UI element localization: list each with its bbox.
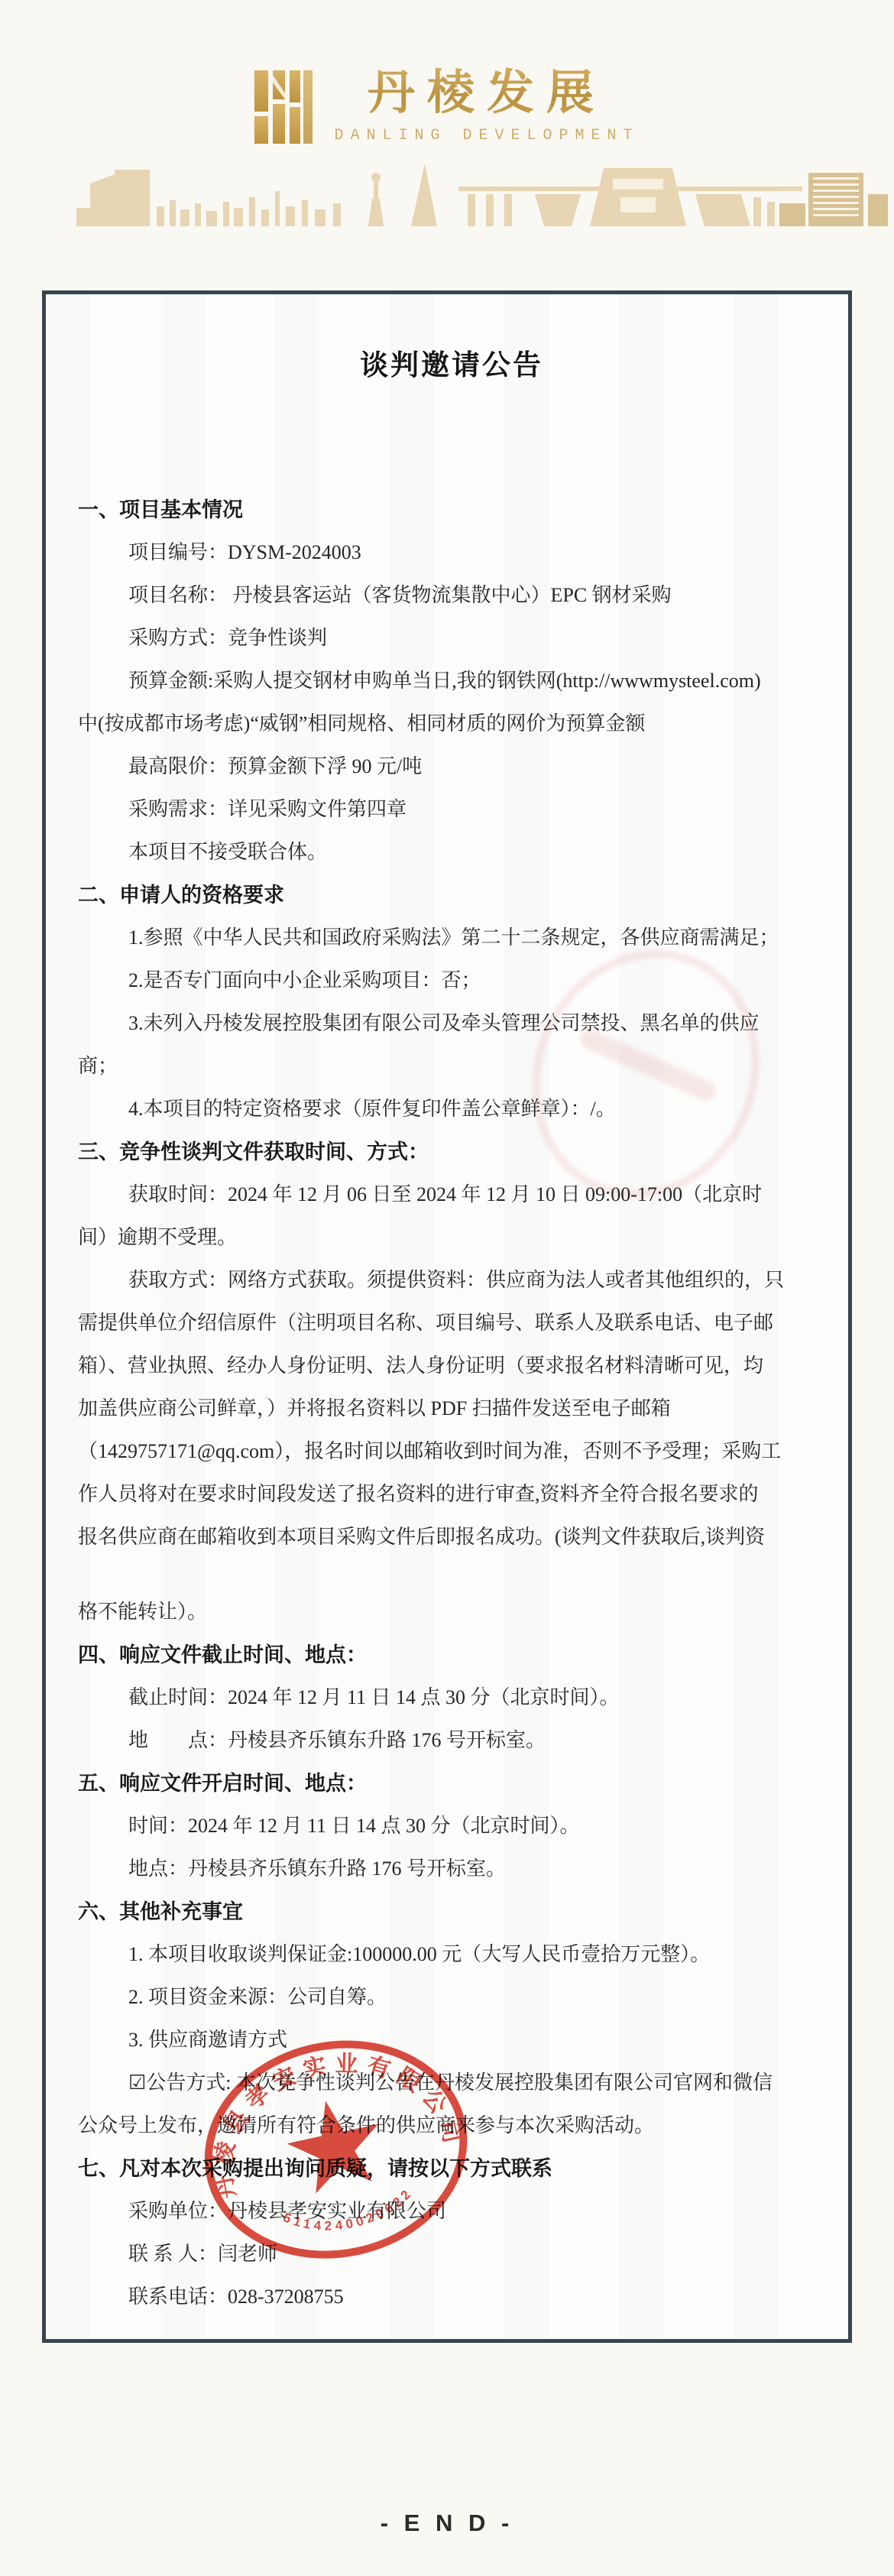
- doc-line: 地 点：丹棱县齐乐镇东升路 176 号开标室。: [78, 1719, 825, 1762]
- brand-text-block: 丹棱发展 DANLING DEVELOPMENT: [334, 67, 639, 144]
- doc-line: 商；: [78, 1045, 825, 1088]
- doc-line: 2. 项目资金来源：公司自筹。: [78, 1976, 825, 2019]
- section-heading: 七、凡对本次采购提出询问质疑，请按以下方式联系: [78, 2147, 825, 2190]
- doc-line: 1. 本项目收取谈判保证金:100000.00 元（大写人民币壹拾万元整）。: [78, 1933, 825, 1976]
- doc-title: 谈判邀请公告: [78, 342, 825, 383]
- doc-line: ☑公告方式: 本次竞争性谈判公告在丹棱发展控股集团有限公司官网和微信: [78, 2062, 825, 2104]
- doc-line: 1.参照《中华人民共和国政府采购法》第二十二条规定，各供应商需满足；: [78, 917, 825, 959]
- doc-line: 获取方式：网络方式获取。须提供资料：供应商为法人或者其他组织的，只: [78, 1259, 825, 1302]
- section-heading: 三、竞争性谈判文件获取时间、方式：: [78, 1131, 825, 1173]
- doc-line: 报名供应商在邮箱收到本项目采购文件后即报名成功。(谈判文件获取后,谈判资: [78, 1516, 825, 1559]
- doc-line: 联系电话：028-37208755: [78, 2276, 825, 2318]
- doc-line: 3. 供应商邀请方式: [78, 2019, 825, 2062]
- doc-line: 需提供单位介绍信原件（注明项目名称、项目编号、联系人及联系电话、电子邮: [78, 1302, 825, 1345]
- brand-row: 丹棱发展 DANLING DEVELOPMENT: [0, 67, 894, 144]
- doc-line: 地点：丹棱县齐乐镇东升路 176 号开标室。: [78, 1848, 825, 1890]
- page: { "header": { "brand": "丹棱发展", "brand_en…: [0, 0, 894, 2576]
- doc-line: 采购方式：竞争性谈判: [78, 617, 825, 660]
- doc-line: 采购需求：详见采购文件第四章: [78, 788, 825, 831]
- doc-line: 联 系 人：闫老师: [78, 2233, 825, 2276]
- doc-line: 项目名称： 丹棱县客运站（客货物流集散中心）EPC 钢材采购: [78, 574, 825, 617]
- doc-line: 获取时间：2024 年 12 月 06 日至 2024 年 12 月 10 日 …: [78, 1173, 825, 1216]
- section-heading: 二、申请人的资格要求: [78, 874, 825, 917]
- doc-line: 采购单位：丹棱县孝安实业有限公司: [78, 2190, 825, 2233]
- section-heading: 一、项目基本情况: [78, 488, 825, 531]
- brand-subtitle: DANLING DEVELOPMENT: [334, 127, 639, 144]
- section-heading: 四、响应文件截止时间、地点：: [78, 1634, 825, 1676]
- doc-line: 公众号上发布，邀请所有符合条件的供应商来参与本次采购活动。: [78, 2104, 825, 2147]
- doc-body: 一、项目基本情况项目编号：DYSM-2024003项目名称： 丹棱县客运站（客货…: [78, 488, 825, 2318]
- doc-line: 2.是否专门面向中小企业采购项目：否；: [78, 959, 825, 1002]
- doc-line: 项目编号：DYSM-2024003: [78, 531, 825, 574]
- end-label: - E N D -: [381, 2509, 514, 2536]
- doc-line: 间）逾期不受理。: [78, 1216, 825, 1259]
- section-heading: 六、其他补充事宜: [78, 1890, 825, 1933]
- announcement-panel: 谈判邀请公告 一、项目基本情况项目编号：DYSM-2024003项目名称： 丹棱…: [42, 290, 852, 2343]
- doc-line: 本项目不接受联合体。: [78, 831, 825, 874]
- doc-line: 格不能转让）。: [78, 1591, 825, 1634]
- doc-line: （1429757171@qq.com），报名时间以邮箱收到时间为准，否则不予受理…: [78, 1430, 825, 1473]
- section-heading: 五、响应文件开启时间、地点：: [78, 1762, 825, 1805]
- doc-line: 加盖供应商公司鲜章，）并将报名资料以 PDF 扫描件发送至电子邮箱: [78, 1387, 825, 1430]
- page-header: 丹棱发展 DANLING DEVELOPMENT: [0, 0, 894, 290]
- city-skyline-graphic: [0, 164, 894, 226]
- doc-line: 4.本项目的特定资格要求（原件复印件盖公章鲜章）：/。: [78, 1088, 825, 1131]
- doc-line: 作人员将对在要求时间段发送了报名资料的进行审查,资料齐全符合报名要求的: [78, 1473, 825, 1516]
- doc-line: 最高限价：预算金额下浮 90 元/吨: [78, 745, 825, 788]
- doc-line: 箱）、营业执照、经办人身份证明、法人身份证明（要求报名材料清晰可见，均: [78, 1345, 825, 1387]
- doc-line: 截止时间：2024 年 12 月 11 日 14 点 30 分（北京时间）。: [78, 1676, 825, 1719]
- doc-line: 预算金额:采购人提交钢材申购单当日,我的钢铁网(http://wwwmystee…: [78, 660, 825, 702]
- brand-title: 丹棱发展: [368, 67, 606, 119]
- doc-line: 3.未列入丹棱发展控股集团有限公司及牵头管理公司禁投、黑名单的供应: [78, 1002, 825, 1045]
- page-footer: - E N D -: [0, 2509, 894, 2537]
- doc-line: 时间：2024 年 12 月 11 日 14 点 30 分（北京时间）。: [78, 1805, 825, 1848]
- doc-line: 中(按成都市场考虑)“威钢”相同规格、相同材质的网价为预算金额: [78, 702, 825, 745]
- danling-logo-icon: [254, 70, 313, 144]
